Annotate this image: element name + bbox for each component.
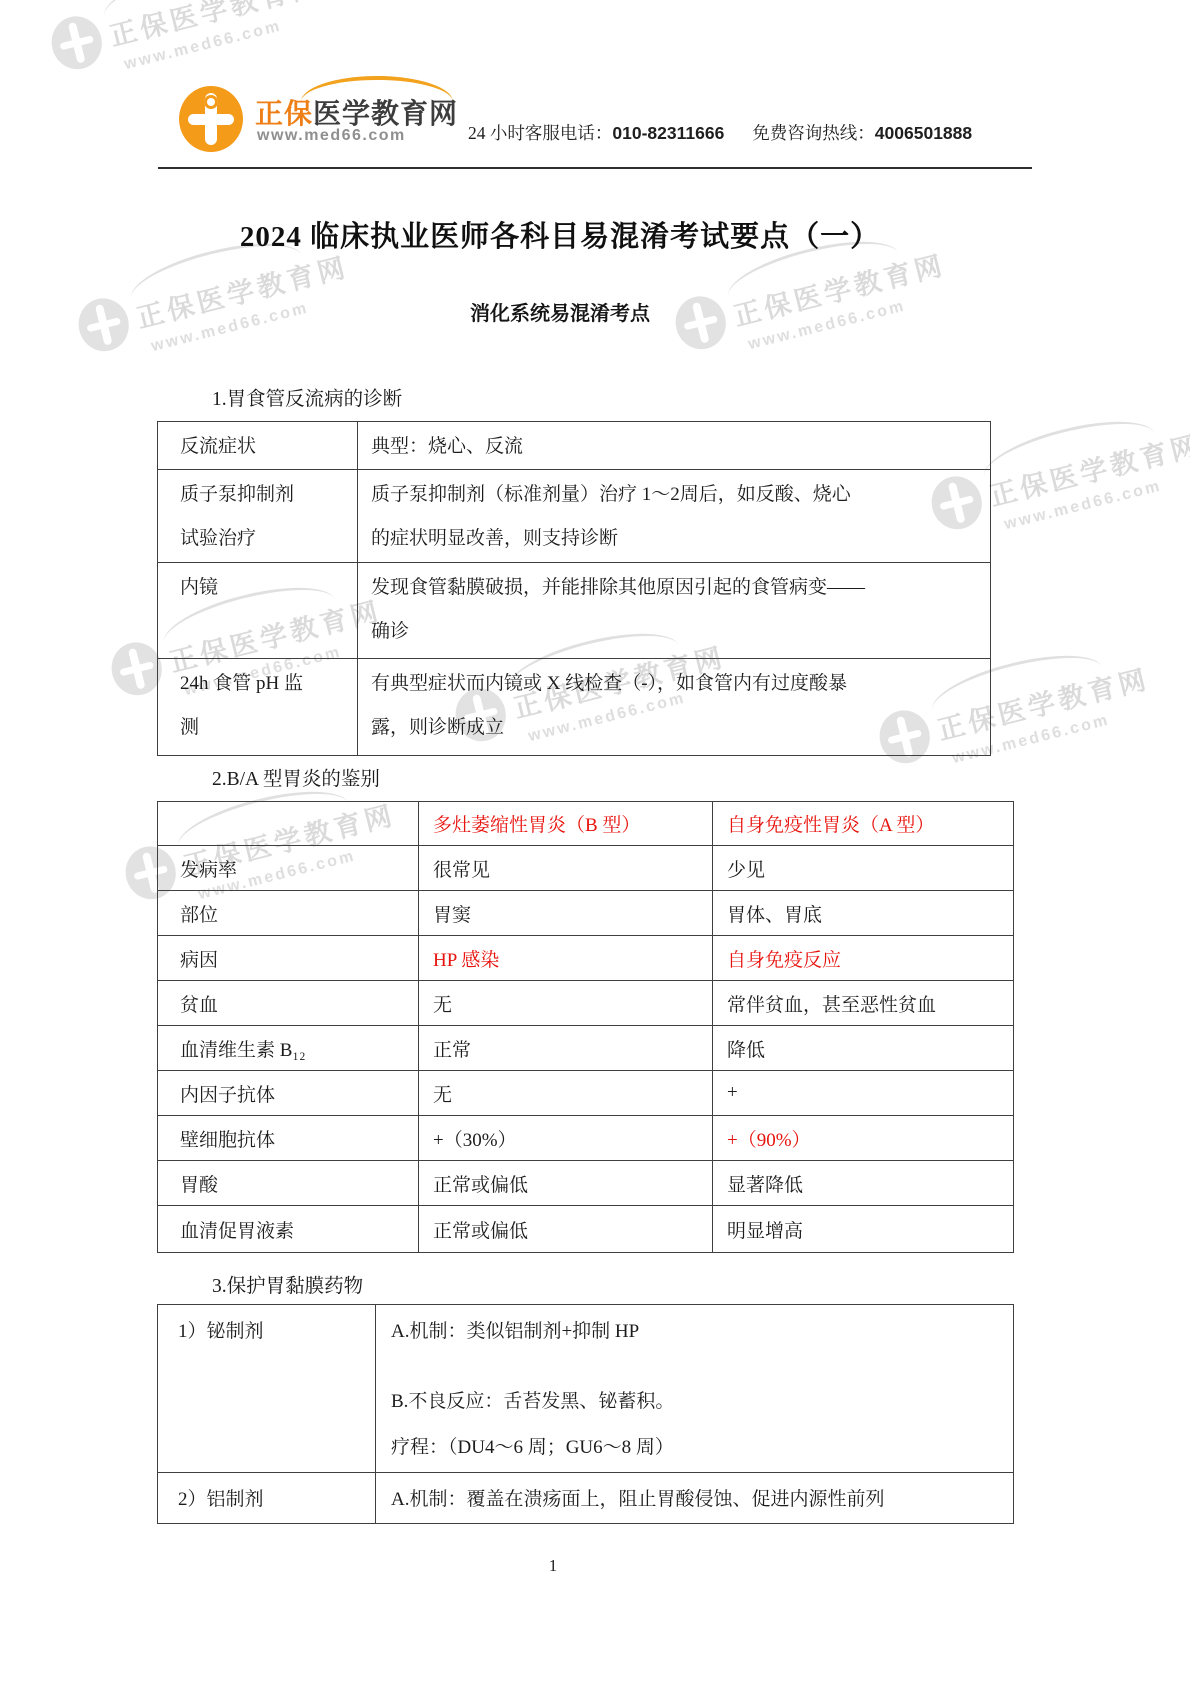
heading-gerd-diagnosis: 1.胃食管反流病的诊断 bbox=[212, 383, 402, 411]
a-type-cell: 明显增高 bbox=[713, 1206, 1014, 1253]
table-header-row: 多灶萎缩性胃炎（B 型） 自身免疫性胃炎（A 型） bbox=[158, 802, 1014, 846]
label-cell: 反流症状 bbox=[158, 422, 358, 470]
table-row: 质子泵抑制剂试验治疗 质子泵抑制剂（标准剂量）治疗 1～2周后，如反酸、烧心的症… bbox=[158, 470, 991, 563]
cell-text: 反流症状 bbox=[180, 425, 345, 469]
label-cell: 血清促胃液素 bbox=[158, 1206, 419, 1253]
cell-text: 露，则诊断成立 bbox=[371, 706, 978, 750]
label-cell: 质子泵抑制剂试验治疗 bbox=[158, 470, 358, 563]
watermark-text: 正保医学教育网 bbox=[985, 423, 1190, 513]
table-row: 壁细胞抗体 +（30%） +（90%） bbox=[158, 1116, 1014, 1161]
table-row: 发病率 很常见 少见 bbox=[158, 846, 1014, 891]
watermark-url: www.med66.com bbox=[122, 6, 330, 74]
page-title: 2024 临床执业医师各科目易混淆考试要点（一） bbox=[60, 214, 1060, 255]
header-divider bbox=[158, 167, 1032, 169]
cell-text: 质子泵抑制剂（标准剂量）治疗 1～2周后，如反酸、烧心 bbox=[371, 473, 978, 517]
table-row: 24h 食管 pH 监测 有典型症状而内镜或 X 线检查（-），如食管内有过度酸… bbox=[158, 659, 991, 756]
cell-text: 质子泵抑制剂 bbox=[180, 473, 345, 517]
a-type-cell: 自身免疫反应 bbox=[713, 936, 1014, 981]
watermark-arc bbox=[978, 408, 1155, 477]
table-row: 反流症状 典型：烧心、反流 bbox=[158, 422, 991, 470]
cell-text: 24h 食管 pH 监 bbox=[180, 662, 345, 706]
b-type-cell: 无 bbox=[419, 981, 713, 1026]
value-cell: A.机制：覆盖在溃疡面上，阻止胃酸侵蚀、促进内源性前列 bbox=[376, 1473, 1014, 1524]
table-row: 胃酸 正常或偏低 显著降低 bbox=[158, 1161, 1014, 1206]
document-page: 正保医学教育网 www.med66.com 正保医学教育网 www.med66.… bbox=[0, 0, 1190, 1683]
a-type-cell: 显著降低 bbox=[713, 1161, 1014, 1206]
a-type-cell: 少见 bbox=[713, 846, 1014, 891]
cell-text: 发现食管黏膜破损，并能排除其他原因引起的食管病变—— bbox=[371, 566, 978, 610]
watermark-url: www.med66.com bbox=[1002, 466, 1190, 534]
table-row: 部位 胃窦 胃体、胃底 bbox=[158, 891, 1014, 936]
table-row: 2）铝制剂 A.机制：覆盖在溃疡面上，阻止胃酸侵蚀、促进内源性前列 bbox=[158, 1473, 1014, 1524]
label-cell: 部位 bbox=[158, 891, 419, 936]
contact-info: 24 小时客服电话：010-82311666免费咨询热线：4006501888 bbox=[468, 120, 972, 145]
cell-text: 疗程：（DU4～6 周；GU6～8 周） bbox=[391, 1425, 1001, 1471]
cell-text: 确诊 bbox=[371, 610, 978, 654]
label-cell: 24h 食管 pH 监测 bbox=[158, 659, 358, 756]
b-type-cell: HP 感染 bbox=[419, 936, 713, 981]
brand-suffix: 医学教育网 bbox=[313, 99, 458, 130]
watermark-arc bbox=[98, 0, 275, 17]
gerd-diagnosis-table: 反流症状 典型：烧心、反流 质子泵抑制剂试验治疗 质子泵抑制剂（标准剂量）治疗 … bbox=[157, 421, 991, 756]
service-phone-number: 010-82311666 bbox=[612, 123, 724, 143]
value-cell: 发现食管黏膜破损，并能排除其他原因引起的食管病变——确诊 bbox=[358, 563, 991, 659]
a-type-cell: +（90%） bbox=[713, 1116, 1014, 1161]
med66-watermark-logo-icon bbox=[46, 11, 107, 75]
value-cell: A.机制：类似铝制剂+抑制 HP B.不良反应：舌苔发黑、铋蓄积。 疗程：（DU… bbox=[376, 1305, 1014, 1473]
value-cell: 典型：烧心、反流 bbox=[358, 422, 991, 470]
value-cell: 质子泵抑制剂（标准剂量）治疗 1～2周后，如反酸、烧心的症状明显改善，则支持诊断 bbox=[358, 470, 991, 563]
logo-head-dot bbox=[204, 95, 218, 109]
cell-text: 试验治疗 bbox=[180, 517, 345, 561]
brand-prefix: 正保 bbox=[255, 99, 313, 130]
a-type-cell: 胃体、胃底 bbox=[713, 891, 1014, 936]
label-cell: 发病率 bbox=[158, 846, 419, 891]
b-type-header-cell: 多灶萎缩性胃炎（B 型） bbox=[419, 802, 713, 846]
heading-gastritis-comparison: 2.B/A 型胃炎的鉴别 bbox=[212, 763, 380, 791]
label-cell: 壁细胞抗体 bbox=[158, 1116, 419, 1161]
heading-mucosa-drugs: 3.保护胃黏膜药物 bbox=[212, 1270, 363, 1298]
logo-cross-horizontal bbox=[188, 114, 234, 125]
gastritis-comparison-table: 多灶萎缩性胃炎（B 型） 自身免疫性胃炎（A 型） 发病率 很常见 少见 部位 … bbox=[157, 801, 1014, 1253]
cell-text: 2）铝制剂 bbox=[178, 1477, 363, 1523]
hotline-label: 免费咨询热线： bbox=[752, 123, 875, 143]
b-type-cell: 正常 bbox=[419, 1026, 713, 1071]
cell-text: 典型：烧心、反流 bbox=[371, 425, 978, 469]
empty-header-cell bbox=[158, 802, 419, 846]
table-row: 病因 HP 感染 自身免疫反应 bbox=[158, 936, 1014, 981]
b-type-cell: 正常或偏低 bbox=[419, 1161, 713, 1206]
watermark: 正保医学教育网 www.med66.com bbox=[41, 0, 330, 90]
label-cell: 病因 bbox=[158, 936, 419, 981]
med66-logo-icon bbox=[179, 86, 243, 152]
label-cell: 1）铋制剂 bbox=[158, 1305, 376, 1473]
label-cell: 2）铝制剂 bbox=[158, 1473, 376, 1524]
table-row: 1）铋制剂 A.机制：类似铝制剂+抑制 HP B.不良反应：舌苔发黑、铋蓄积。 … bbox=[158, 1305, 1014, 1473]
cell-text: 1）铋制剂 bbox=[178, 1309, 363, 1355]
a-type-header-cell: 自身免疫性胃炎（A 型） bbox=[713, 802, 1014, 846]
b-type-cell: +（30%） bbox=[419, 1116, 713, 1161]
hotline-number: 4006501888 bbox=[875, 123, 972, 143]
cell-text: B.不良反应：舌苔发黑、铋蓄积。 bbox=[391, 1379, 1001, 1425]
value-cell: 有典型症状而内镜或 X 线检查（-），如食管内有过度酸暴露，则诊断成立 bbox=[358, 659, 991, 756]
table-row: 血清维生素 B₁₂ 正常 降低 bbox=[158, 1026, 1014, 1071]
b-type-cell: 正常或偏低 bbox=[419, 1206, 713, 1253]
cell-text: A.机制：覆盖在溃疡面上，阻止胃酸侵蚀、促进内源性前列 bbox=[391, 1477, 1001, 1523]
service-phone-label: 24 小时客服电话： bbox=[468, 123, 612, 143]
mucosa-drugs-table: 1）铋制剂 A.机制：类似铝制剂+抑制 HP B.不良反应：舌苔发黑、铋蓄积。 … bbox=[157, 1304, 1014, 1524]
label-cell: 内镜 bbox=[158, 563, 358, 659]
cell-text: 测 bbox=[180, 706, 345, 750]
brand-name: 正保医学教育网 bbox=[255, 92, 458, 132]
b-type-cell: 无 bbox=[419, 1071, 713, 1116]
label-cell: 胃酸 bbox=[158, 1161, 419, 1206]
a-type-cell: + bbox=[713, 1071, 1014, 1116]
cell-text: 有典型症状而内镜或 X 线检查（-），如食管内有过度酸暴 bbox=[371, 662, 978, 706]
label-cell: 内因子抗体 bbox=[158, 1071, 419, 1116]
table-row: 贫血 无 常伴贫血，甚至恶性贫血 bbox=[158, 981, 1014, 1026]
cell-text: 内镜 bbox=[180, 566, 345, 610]
table-row: 内因子抗体 无 + bbox=[158, 1071, 1014, 1116]
b-type-cell: 胃窦 bbox=[419, 891, 713, 936]
label-cell: 贫血 bbox=[158, 981, 419, 1026]
page-number: 1 bbox=[53, 1556, 1053, 1576]
a-type-cell: 常伴贫血，甚至恶性贫血 bbox=[713, 981, 1014, 1026]
table-row: 内镜 发现食管黏膜破损，并能排除其他原因引起的食管病变——确诊 bbox=[158, 563, 991, 659]
table-row: 血清促胃液素 正常或偏低 明显增高 bbox=[158, 1206, 1014, 1253]
cell-text: A.机制：类似铝制剂+抑制 HP bbox=[391, 1309, 1001, 1355]
a-type-cell: 降低 bbox=[713, 1026, 1014, 1071]
section-subtitle: 消化系统易混淆考点 bbox=[60, 297, 1060, 326]
label-cell: 血清维生素 B₁₂ bbox=[158, 1026, 419, 1071]
b-type-cell: 很常见 bbox=[419, 846, 713, 891]
brand-website: www.med66.com bbox=[257, 127, 406, 145]
watermark-text: 正保医学教育网 bbox=[105, 0, 325, 53]
cell-text: 的症状明显改善，则支持诊断 bbox=[371, 517, 978, 561]
